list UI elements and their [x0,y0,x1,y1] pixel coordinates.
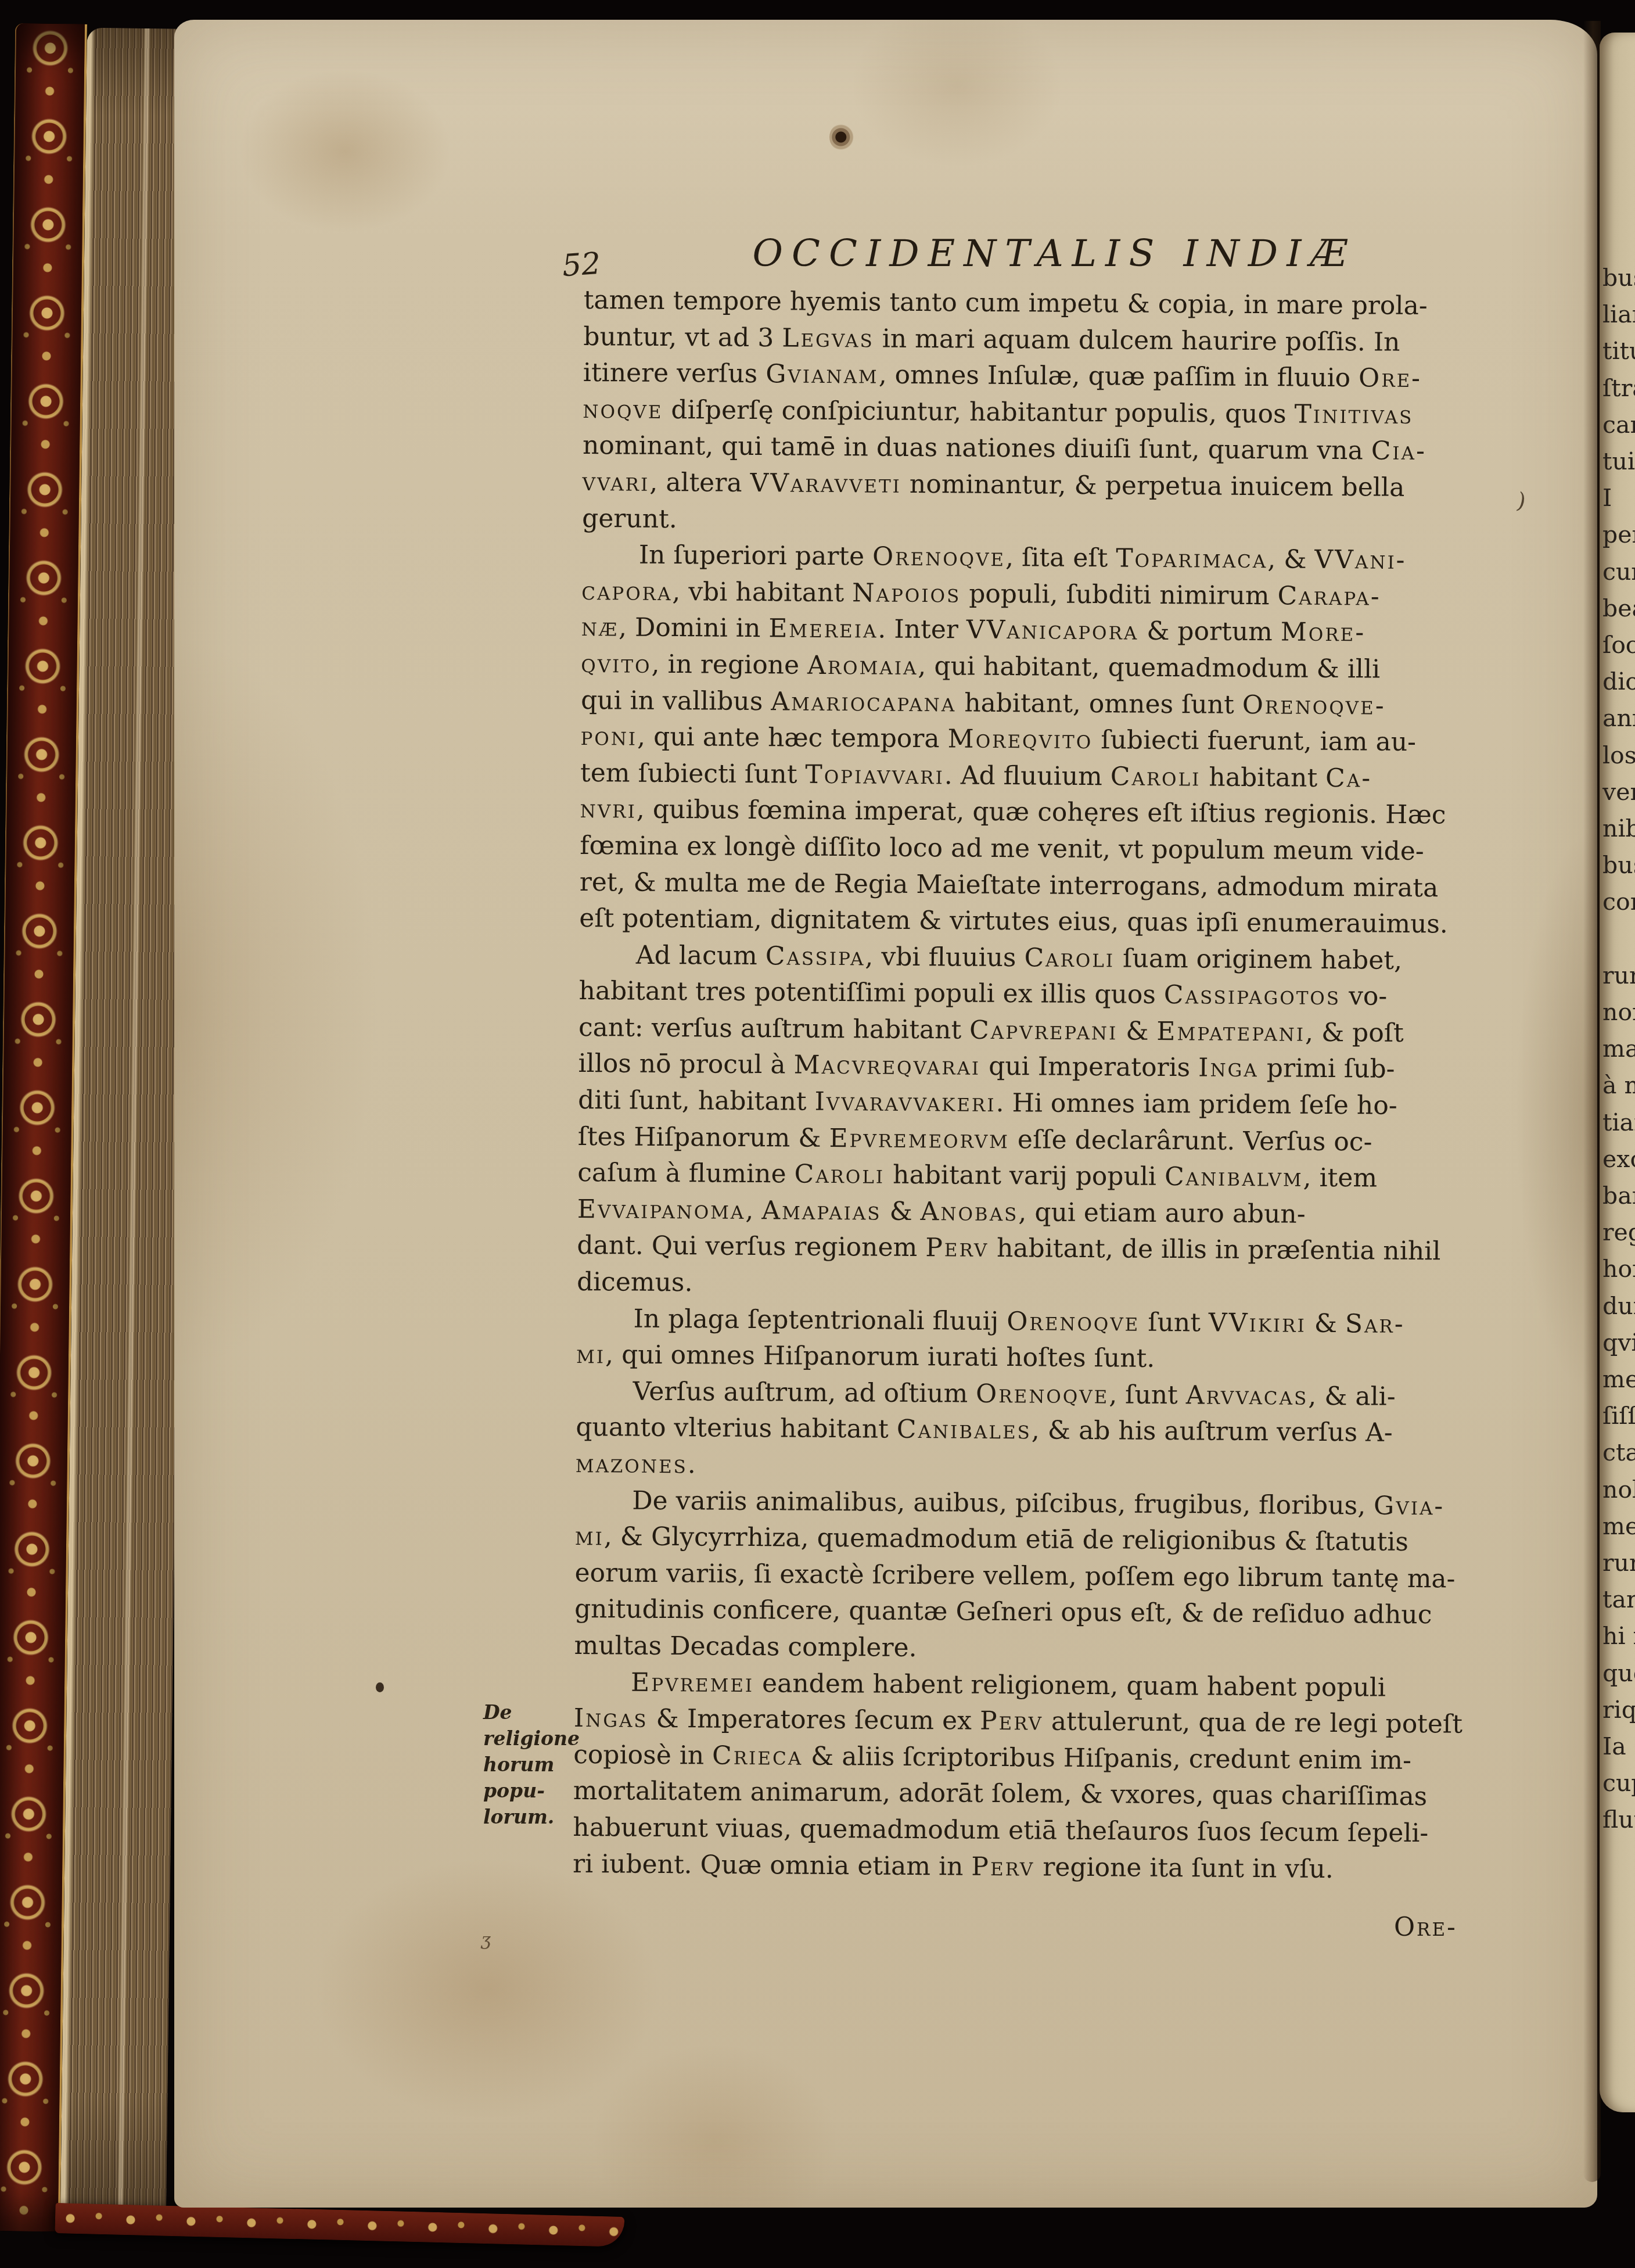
body-line: illos nō procul à Macvreqvarai qui Imper… [578,1046,1554,1089]
sliver-fragment: carn [1602,411,1635,439]
sliver-fragment: bus ſ [1602,851,1635,879]
body-line: In ſuperiori parte Orenoqve, ſita eſt To… [582,537,1558,580]
sliver-fragment: excep [1602,1145,1635,1173]
sliver-fragment: qvi f [1602,1329,1635,1357]
body-line: Ingas & Imperatores ſecum ex Perv attule… [574,1700,1550,1743]
catchword: Ore- [1394,1912,1457,1942]
sliver-fragment: bean [1602,594,1635,622]
body-line: fœmina ex longè diſſito loco ad me venit… [580,828,1555,871]
body-line: næ, Domini in Emereia. Inter VVanicapora… [581,609,1557,652]
sliver-fragment: non p [1602,998,1635,1026]
sliver-fragment: titu [1602,337,1635,365]
body-line: cant: verſus auſtrum habitant Capvrepani… [578,1010,1554,1053]
body-line: copiosè in Crieca & aliis ſcriptoribus H… [573,1737,1549,1780]
body-line: mazones. [576,1446,1551,1489]
book-scan-photo: { "page": { "number": "52", "header": "O… [0,0,1635,2268]
body-line: itinere verſus Gvianam, omnes Inſulæ, qu… [583,355,1559,398]
body-line: Epvremei eandem habent religionem, quam … [574,1664,1550,1707]
sliver-fragment: nibu [1602,814,1635,842]
margin-note-line: lorum. [483,1804,594,1830]
body-line: ret, & multa me de Regia Maieſtate inter… [580,864,1555,907]
body-line: qui in vallibus Amariocapana habitant, o… [581,683,1557,726]
sliver-fragment: cunt [1602,558,1635,586]
book-left-edge [0,23,196,2233]
ink-blot [829,123,855,151]
body-line: eſt potentiam, dignitatem & virtutes eiu… [579,900,1555,943]
sliver-fragment: dio v [1602,668,1635,695]
sliver-fragment: mam [1602,1035,1635,1063]
body-line: Evvaipanoma, Amapaias & Anobas, qui etia… [577,1192,1553,1235]
body-line: mi, & Glycyrrhiza, quemadmodum etiā de r… [575,1519,1551,1562]
signature-mark: ʒ [481,1930,491,1950]
sliver-fragment: nolui [1602,1476,1635,1503]
body-line: buntur, vt ad 3 Legvas in mari aquam dul… [583,319,1559,362]
body-line: caſum à flumine Caroli habitant varij po… [577,1155,1553,1198]
sliver-fragment: tui ſu [1602,447,1635,475]
body-line: ri iubent. Quæ omnia etiam in Perv regio… [573,1846,1548,1889]
gutter-crease [1583,21,1601,2182]
sliver-fragment: ſocie [1602,631,1635,659]
body-line: capora, vbi habitant Napoios populi, ſub… [581,573,1557,616]
sliver-fragment: los g [1602,741,1635,769]
body-line: tamen tempore hyemis tanto cum impetu & … [584,282,1559,325]
sliver-fragment: regio [1602,1218,1635,1246]
body-line: dant. Qui verſus regionem Perv habitant,… [577,1228,1553,1271]
sliver-fragment: Ia [1602,1732,1626,1760]
sliver-fragment: dum [1602,1292,1635,1320]
body-line: Verſus auſtrum, ad oſtium Orenoqve, ſunt… [576,1373,1551,1416]
sliver-fragment: meur [1602,1512,1635,1540]
sliver-fragment: hom [1602,1255,1635,1283]
sliver-fragment: cta fu [1602,1438,1635,1466]
sliver-fragment: ſtrat [1602,374,1635,402]
body-line: dicemus. [577,1264,1553,1307]
sliver-fragment: perti [1602,521,1635,548]
sliver-fragment: anno [1602,704,1635,732]
book-page: 52 OCCIDENTALIS INDIÆ ) tamen tempore hy… [174,20,1597,2208]
body-line: diti ſunt, habitant Ivvaravvakeri. Hi om… [578,1082,1554,1125]
body-line: gerunt. [582,501,1558,544]
sliver-fragment: coru [1602,888,1635,916]
margin-note-line: De religione [483,1699,594,1752]
gilt-binding-bottom-strip [55,2203,624,2247]
body-line: quanto vlterius habitant Canibales, & ab… [576,1409,1551,1452]
sliver-fragment: bam, [1602,1182,1635,1210]
page-number: 52 [561,246,602,283]
sliver-fragment: tiam [1602,1108,1635,1136]
body-line: habitant tres potentiſſimi populi ex ill… [578,973,1554,1016]
next-page-sliver: busliantituſtratcarntui ſuIperticuntbean… [1600,33,1635,2112]
body-line: De variis animalibus, auibus, piſcibus, … [575,1483,1551,1526]
sliver-fragment: à mai [1602,1071,1635,1099]
sliver-fragment: riqua [1602,1696,1635,1724]
body-line: poni, qui ante hæc tempora Moreqvito ſub… [580,719,1556,762]
sliver-fragment: meur [1602,1365,1635,1393]
running-header: OCCIDENTALIS INDIÆ [729,232,1379,275]
body-line: gnitudinis conficere, quantæ Geſneri opu… [574,1591,1550,1634]
body-line: eorum variis, ſi exactè ſcribere vellem,… [574,1555,1550,1598]
body-line: tem ſubiecti ſunt Topiavvari. Ad fluuium… [580,755,1556,798]
body-line: mortalitatem animarum, adorāt ſolem, & v… [573,1773,1549,1816]
sliver-fragment: rum à [1602,1549,1635,1577]
sliver-fragment: tanta [1602,1585,1635,1613]
body-line: nominant, qui tamē in duas nationes diui… [583,428,1558,471]
body-line: qvito, in regione Aromaia, qui habitant,… [581,646,1557,689]
margin-note-line: horum popu- [483,1752,594,1804]
body-line: In plaga ſeptentrionali fluuij Orenoqve … [576,1301,1552,1344]
sliver-fragment: ſiſſim [1602,1402,1635,1430]
body-line: habuerunt viuas, quemadmodum etiā theſau… [573,1810,1548,1853]
sliver-fragment: cupiū [1602,1769,1635,1797]
sliver-fragment: rum [1602,961,1635,989]
sliver-fragment: bus [1602,264,1635,292]
body-line: multas Decadas complere. [574,1628,1550,1671]
bullet-mark [376,1682,384,1692]
sliver-fragment: lian [1602,300,1635,328]
sliver-fragment: vero [1602,778,1635,806]
body-line: vvari, altera VVaravveti nominantur, & p… [582,464,1558,507]
body-text: tamen tempore hyemis tanto cum impetu & … [573,282,1559,1889]
body-line: Ad lacum Cassipa, vbi fluuius Caroli ſua… [579,937,1555,980]
sliver-fragment: fluuiu [1602,1806,1635,1833]
body-line: ſtes Hiſpanorum & Epvremeorvm eſſe decla… [578,1119,1554,1162]
sliver-fragment: hi nul [1602,1622,1635,1650]
margin-note: De religionehorum popu-lorum. [483,1699,594,1830]
body-line: mi, qui omnes Hiſpanorum iurati hoſtes ſ… [576,1337,1552,1380]
body-line: nvri, quibus fœmina imperat, quæ cohęres… [580,791,1555,834]
sliver-fragment: què ab [1602,1659,1635,1687]
body-line: noqve diſperſę conſpiciuntur, habitantur… [583,392,1558,435]
sliver-fragment: I [1602,484,1612,512]
